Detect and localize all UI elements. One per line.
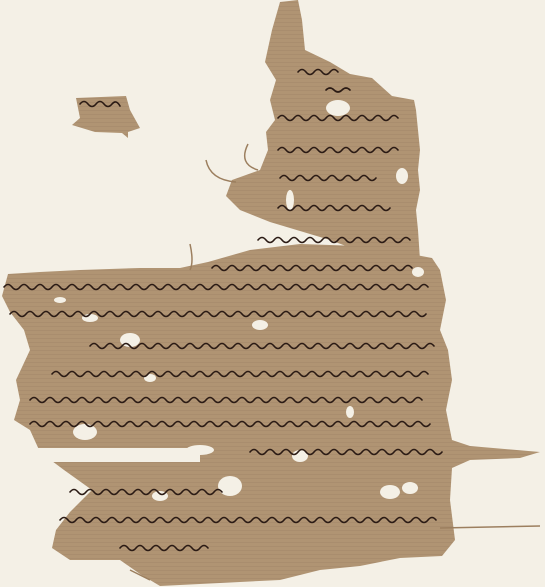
main-body bbox=[2, 244, 540, 586]
photo-scene: Papyrus fragment with cursive Greek hand… bbox=[0, 0, 545, 587]
papyrus-fragment bbox=[0, 0, 545, 587]
upper-column bbox=[226, 0, 430, 276]
